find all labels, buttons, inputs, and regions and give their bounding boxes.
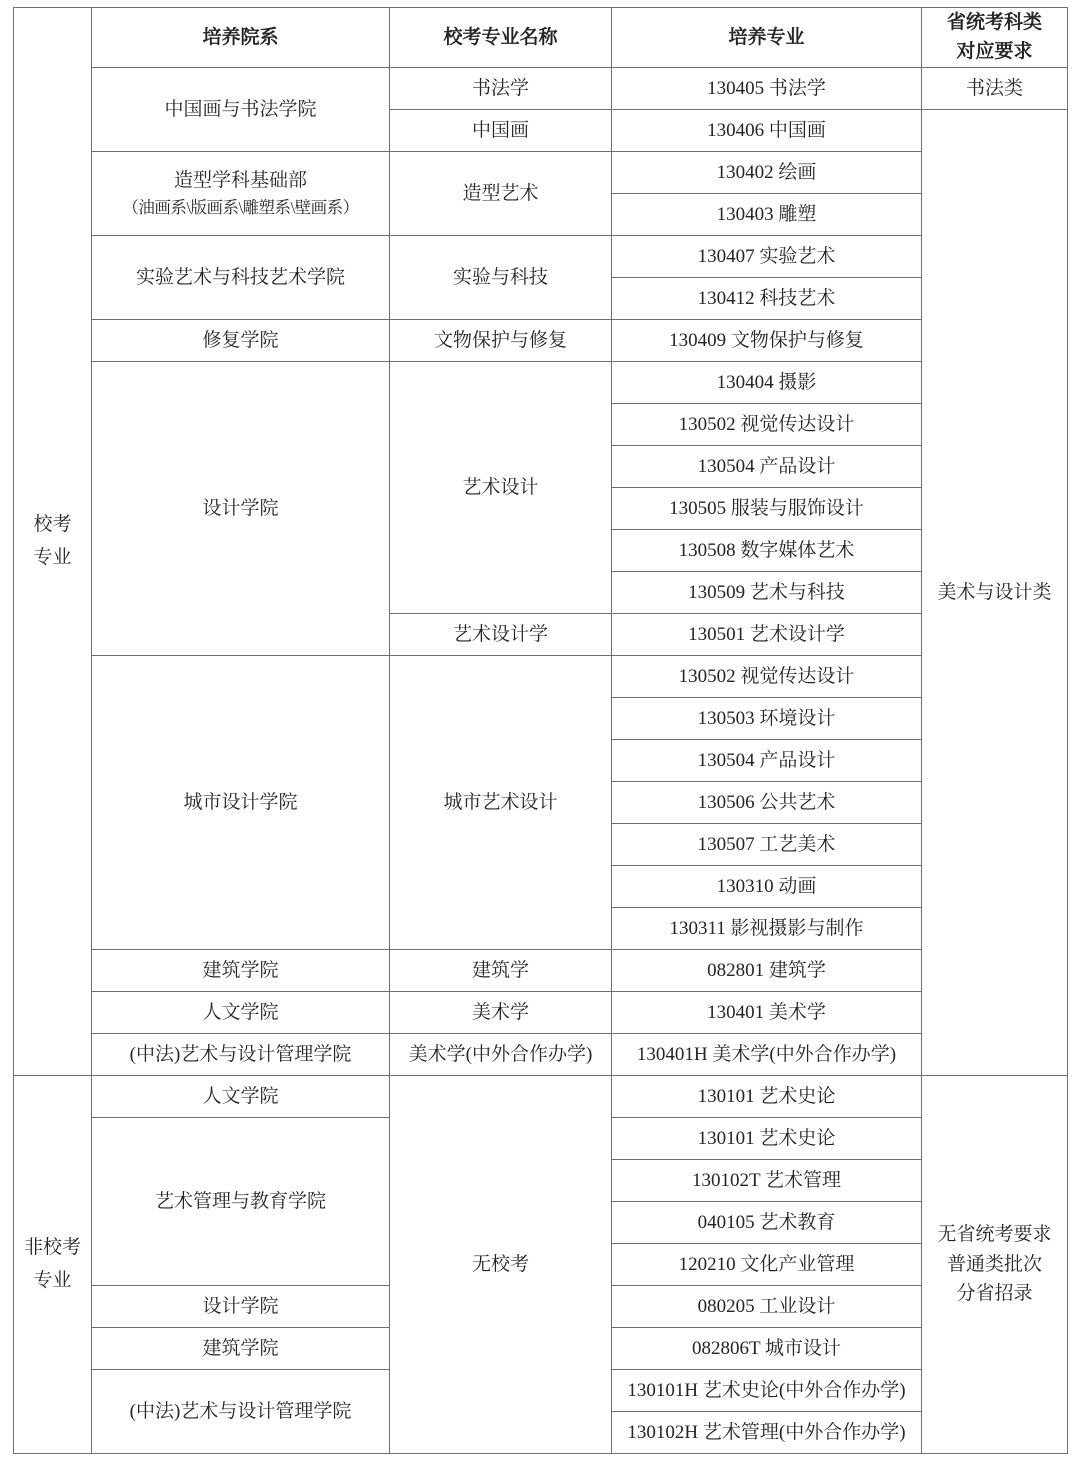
cell-requirement-text: 分省招录 <box>924 1279 1065 1308</box>
table-row: (中法)艺术与设计管理学院美术学(中外合作办学)130401H 美术学(中外合作… <box>14 1033 1068 1075</box>
cell-department: 修复学院 <box>92 319 390 361</box>
cell-major: 130508 数字媒体艺术 <box>612 529 922 571</box>
cell-exam-major-text: 书法学 <box>392 74 609 103</box>
table-row: 城市设计学院城市艺术设计130502 视觉传达设计 <box>14 655 1068 697</box>
header-row: 校考专业培养院系校考专业名称培养专业省统考科类对应要求 <box>14 8 1068 68</box>
cell-department-text: 实验艺术与科技艺术学院 <box>94 263 387 292</box>
cell-major-text: 130101H 艺术史论(中外合作办学) <box>614 1376 919 1405</box>
cell-major: 130502 视觉传达设计 <box>612 655 922 697</box>
cell-major-text: 130310 动画 <box>614 872 919 901</box>
cell-exam-major: 美术学 <box>390 991 612 1033</box>
cell-major-text: 130101 艺术史论 <box>614 1082 919 1111</box>
majors-table-body: 校考专业培养院系校考专业名称培养专业省统考科类对应要求中国画与书法学院书法学13… <box>14 8 1068 1454</box>
cell-department: 城市设计学院 <box>92 655 390 949</box>
header-provincial-exam-requirement-text: 对应要求 <box>924 37 1065 66</box>
cell-exam-major-text: 建筑学 <box>392 956 609 985</box>
cell-major: 130504 产品设计 <box>612 739 922 781</box>
cell-major: 130102T 艺术管理 <box>612 1159 922 1201</box>
cell-exam-major: 文物保护与修复 <box>390 319 612 361</box>
cell-requirement-text: 美术与设计类 <box>924 578 1065 607</box>
cell-department-text: 艺术管理与教育学院 <box>94 1187 387 1216</box>
cell-major-text: 130504 产品设计 <box>614 452 919 481</box>
table-row: 实验艺术与科技艺术学院实验与科技130407 实验艺术 <box>14 235 1068 277</box>
cell-requirement-text: 书法类 <box>924 74 1065 103</box>
cell-major: 130412 科技艺术 <box>612 277 922 319</box>
cell-department-text: (中法)艺术与设计管理学院 <box>94 1397 387 1426</box>
cell-major: 130502 视觉传达设计 <box>612 403 922 445</box>
header-exam-major-name: 校考专业名称 <box>390 8 612 68</box>
cell-major: 130402 绘画 <box>612 151 922 193</box>
cell-major: 130507 工艺美术 <box>612 823 922 865</box>
cell-department: (中法)艺术与设计管理学院 <box>92 1369 390 1453</box>
cell-major-text: 120210 文化产业管理 <box>614 1250 919 1279</box>
cell-department: 设计学院 <box>92 361 390 655</box>
cell-exam-major: 美术学(中外合作办学) <box>390 1033 612 1075</box>
cell-major: 130409 文物保护与修复 <box>612 319 922 361</box>
group-label-non-exam-majors-text: 专业 <box>16 1264 89 1297</box>
cell-major-text: 082801 建筑学 <box>614 956 919 985</box>
cell-department-text: 设计学院 <box>94 494 387 523</box>
cell-exam-major: 造型艺术 <box>390 151 612 235</box>
cell-major: 130506 公共艺术 <box>612 781 922 823</box>
cell-exam-major-text: 无校考 <box>392 1250 609 1279</box>
cell-exam-major-text: 实验与科技 <box>392 263 609 292</box>
group-label-exam-majors-text: 校考 <box>16 508 89 541</box>
cell-department-text: 造型学科基础部 <box>94 166 387 195</box>
cell-major: 130405 书法学 <box>612 67 922 109</box>
group-label-exam-majors-text: 专业 <box>16 541 89 574</box>
cell-exam-major-text: 文物保护与修复 <box>392 326 609 355</box>
cell-department: 中国画与书法学院 <box>92 67 390 151</box>
cell-department: 建筑学院 <box>92 949 390 991</box>
cell-major-text: 130407 实验艺术 <box>614 242 919 271</box>
table-row: 人文学院美术学130401 美术学 <box>14 991 1068 1033</box>
cell-department: 造型学科基础部（油画系\版画系\雕塑系\壁画系） <box>92 151 390 235</box>
cell-major: 130404 摄影 <box>612 361 922 403</box>
cell-major-text: 130506 公共艺术 <box>614 788 919 817</box>
cell-department-text: 修复学院 <box>94 326 387 355</box>
cell-major: 040105 艺术教育 <box>612 1201 922 1243</box>
cell-department-text: 建筑学院 <box>94 956 387 985</box>
header-department: 培养院系 <box>92 8 390 68</box>
cell-requirement: 美术与设计类 <box>922 109 1068 1075</box>
cell-major-text: 040105 艺术教育 <box>614 1208 919 1237</box>
cell-major-text: 130509 艺术与科技 <box>614 578 919 607</box>
cell-major-text: 130101 艺术史论 <box>614 1124 919 1153</box>
cell-department: 人文学院 <box>92 1075 390 1117</box>
cell-department-text: 城市设计学院 <box>94 788 387 817</box>
cell-major: 080205 工业设计 <box>612 1285 922 1327</box>
cell-major: 130504 产品设计 <box>612 445 922 487</box>
group-label-non-exam-majors-text: 非校考 <box>16 1231 89 1264</box>
cell-department: 设计学院 <box>92 1285 390 1327</box>
group-label-non-exam-majors: 非校考专业 <box>14 1075 92 1453</box>
cell-major: 130403 雕塑 <box>612 193 922 235</box>
majors-table: 校考专业培养院系校考专业名称培养专业省统考科类对应要求中国画与书法学院书法学13… <box>13 7 1068 1454</box>
cell-major: 130101 艺术史论 <box>612 1117 922 1159</box>
header-provincial-exam-requirement-text: 省统考科类 <box>924 8 1065 37</box>
cell-department-text: 中国画与书法学院 <box>94 95 387 124</box>
cell-major-text: 130401H 美术学(中外合作办学) <box>614 1040 919 1069</box>
cell-major: 082806T 城市设计 <box>612 1327 922 1369</box>
cell-major-text: 130505 服装与服饰设计 <box>614 494 919 523</box>
cell-department: 艺术管理与教育学院 <box>92 1117 390 1285</box>
table-row: 修复学院文物保护与修复130409 文物保护与修复 <box>14 319 1068 361</box>
group-label-exam-majors: 校考专业 <box>14 8 92 1076</box>
cell-major-text: 130502 视觉传达设计 <box>614 410 919 439</box>
table-row: 建筑学院建筑学082801 建筑学 <box>14 949 1068 991</box>
cell-major: 130401H 美术学(中外合作办学) <box>612 1033 922 1075</box>
cell-major: 130310 动画 <box>612 865 922 907</box>
cell-major-text: 130311 影视摄影与制作 <box>614 914 919 943</box>
cell-department: 人文学院 <box>92 991 390 1033</box>
table-row: 造型学科基础部（油画系\版画系\雕塑系\壁画系）造型艺术130402 绘画 <box>14 151 1068 193</box>
cell-requirement: 书法类 <box>922 67 1068 109</box>
cell-major-text: 130406 中国画 <box>614 116 919 145</box>
cell-major: 130501 艺术设计学 <box>612 613 922 655</box>
cell-exam-major-text: 造型艺术 <box>392 179 609 208</box>
admissions-table-page: 校考专业培养院系校考专业名称培养专业省统考科类对应要求中国画与书法学院书法学13… <box>0 7 1080 1457</box>
cell-department-text: 建筑学院 <box>94 1334 387 1363</box>
cell-major-text: 130412 科技艺术 <box>614 284 919 313</box>
cell-major-text: 130502 视觉传达设计 <box>614 662 919 691</box>
cell-exam-major-text: 艺术设计 <box>392 473 609 502</box>
cell-major: 130102H 艺术管理(中外合作办学) <box>612 1411 922 1453</box>
cell-department-text: 设计学院 <box>94 1292 387 1321</box>
cell-major: 130505 服装与服饰设计 <box>612 487 922 529</box>
header-department-text: 培养院系 <box>94 23 387 52</box>
cell-exam-major-text: 城市艺术设计 <box>392 788 609 817</box>
cell-major-text: 080205 工业设计 <box>614 1292 919 1321</box>
cell-major: 120210 文化产业管理 <box>612 1243 922 1285</box>
cell-exam-major: 中国画 <box>390 109 612 151</box>
table-row: 设计学院艺术设计130404 摄影 <box>14 361 1068 403</box>
cell-major-text: 130401 美术学 <box>614 998 919 1027</box>
cell-major: 130406 中国画 <box>612 109 922 151</box>
cell-exam-major: 艺术设计 <box>390 361 612 613</box>
cell-department-text: （油画系\版画系\雕塑系\壁画系） <box>94 195 387 221</box>
header-exam-major-name-text: 校考专业名称 <box>392 23 609 52</box>
cell-major-text: 130102H 艺术管理(中外合作办学) <box>614 1418 919 1447</box>
cell-department-text: 人文学院 <box>94 998 387 1027</box>
cell-major-text: 130404 摄影 <box>614 368 919 397</box>
cell-exam-major-text: 中国画 <box>392 116 609 145</box>
cell-requirement-text: 普通类批次 <box>924 1250 1065 1279</box>
cell-exam-major: 实验与科技 <box>390 235 612 319</box>
cell-major-text: 130508 数字媒体艺术 <box>614 536 919 565</box>
cell-major: 130509 艺术与科技 <box>612 571 922 613</box>
cell-requirement: 无省统考要求普通类批次分省招录 <box>922 1075 1068 1453</box>
cell-major: 130101H 艺术史论(中外合作办学) <box>612 1369 922 1411</box>
cell-major: 130401 美术学 <box>612 991 922 1033</box>
cell-major: 130311 影视摄影与制作 <box>612 907 922 949</box>
cell-major-text: 130503 环境设计 <box>614 704 919 733</box>
header-major-text: 培养专业 <box>614 23 919 52</box>
cell-major: 130503 环境设计 <box>612 697 922 739</box>
cell-department-text: 人文学院 <box>94 1082 387 1111</box>
header-major: 培养专业 <box>612 8 922 68</box>
cell-exam-major: 书法学 <box>390 67 612 109</box>
cell-requirement-text: 无省统考要求 <box>924 1220 1065 1249</box>
cell-major: 130407 实验艺术 <box>612 235 922 277</box>
cell-exam-major: 城市艺术设计 <box>390 655 612 949</box>
cell-exam-major-text: 美术学 <box>392 998 609 1027</box>
table-row: 中国画与书法学院书法学130405 书法学书法类 <box>14 67 1068 109</box>
cell-major-text: 130507 工艺美术 <box>614 830 919 859</box>
cell-major-text: 130405 书法学 <box>614 74 919 103</box>
cell-major-text: 082806T 城市设计 <box>614 1334 919 1363</box>
cell-exam-major: 无校考 <box>390 1075 612 1453</box>
cell-exam-major: 艺术设计学 <box>390 613 612 655</box>
cell-major-text: 130501 艺术设计学 <box>614 620 919 649</box>
cell-major-text: 130409 文物保护与修复 <box>614 326 919 355</box>
cell-major-text: 130102T 艺术管理 <box>614 1166 919 1195</box>
cell-exam-major-text: 艺术设计学 <box>392 620 609 649</box>
cell-department: 实验艺术与科技艺术学院 <box>92 235 390 319</box>
header-provincial-exam-requirement: 省统考科类对应要求 <box>922 8 1068 68</box>
table-row: 非校考专业人文学院无校考130101 艺术史论无省统考要求普通类批次分省招录 <box>14 1075 1068 1117</box>
cell-major-text: 130504 产品设计 <box>614 746 919 775</box>
cell-major: 130101 艺术史论 <box>612 1075 922 1117</box>
cell-major: 082801 建筑学 <box>612 949 922 991</box>
cell-exam-major-text: 美术学(中外合作办学) <box>392 1040 609 1069</box>
cell-department-text: (中法)艺术与设计管理学院 <box>94 1040 387 1069</box>
cell-exam-major: 建筑学 <box>390 949 612 991</box>
cell-major-text: 130403 雕塑 <box>614 200 919 229</box>
cell-department: 建筑学院 <box>92 1327 390 1369</box>
cell-department: (中法)艺术与设计管理学院 <box>92 1033 390 1075</box>
cell-major-text: 130402 绘画 <box>614 158 919 187</box>
